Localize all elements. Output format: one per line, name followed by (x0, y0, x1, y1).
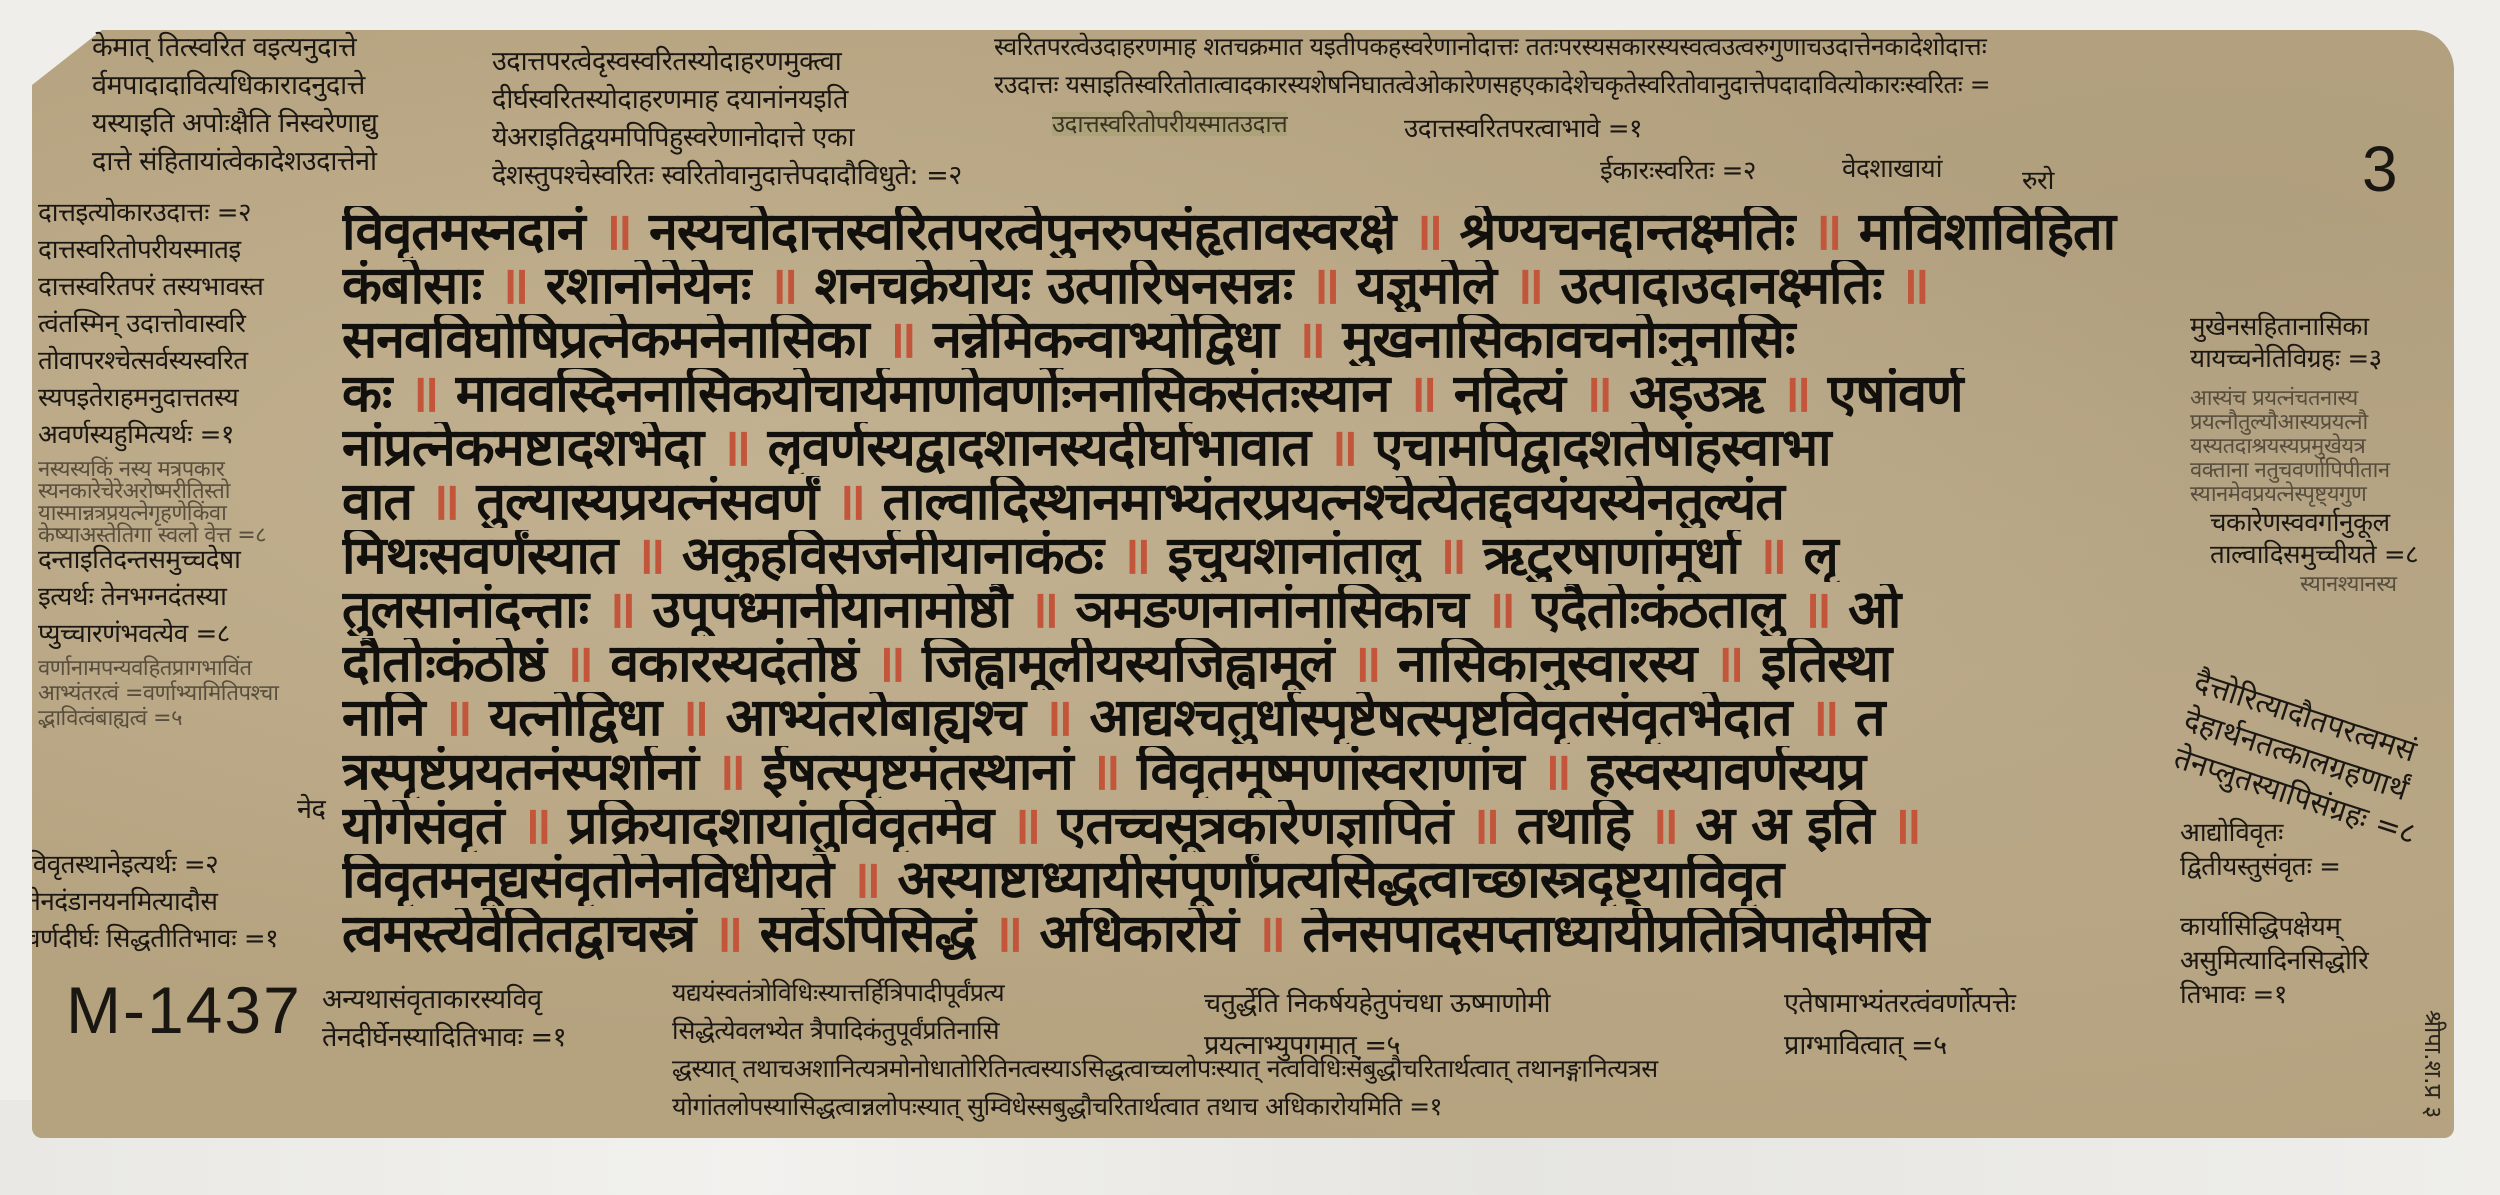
main-line: विवृतमस्नदानं ॥ नस्यचोदात्तस्वरितपरत्वेप… (342, 206, 2192, 258)
top-right-commentary: स्वरितपरत्वेउदाहरणमाह शतचक्रमात यइतीपकहस… (994, 34, 1990, 110)
rubric-double-danda: ॥ (563, 638, 593, 690)
bottom-commentary-3: चतुर्द्धेति निकर्षयहेतुपंचधा ऊष्माणोमी प… (1204, 990, 1550, 1074)
main-line: विवृतमनूद्यसंवृतोनेनविधीयते ॥ अस्याष्टाध… (342, 854, 2192, 906)
bottom-commentary-1: अन्यथासंवृताकारस्यविवृ तेनदीर्घेनस्यादित… (322, 986, 566, 1062)
rubric-double-danda: ॥ (1899, 260, 1929, 312)
rubric-double-danda: ॥ (1541, 746, 1571, 798)
rubric-double-danda: ॥ (442, 692, 472, 744)
main-line: कः ॥ माववस्दिननासिकयोचार्यमाणोवर्णोःननास… (342, 368, 2192, 420)
main-line: कंबोसाः ॥ रशानोनेयेनः ॥ शनचक्रेयोयः उत्प… (342, 260, 2192, 312)
rubric-double-danda: ॥ (1756, 530, 1786, 582)
rubric-double-danda: ॥ (1412, 206, 1442, 258)
rubric-double-danda: ॥ (1648, 800, 1678, 852)
main-line: सनवविघोषिप्रत्नेकमनेनासिका ॥ नन्नेमिकन्व… (342, 314, 2192, 366)
rubric-double-danda: ॥ (429, 476, 459, 528)
rubric-double-danda: ॥ (712, 908, 742, 960)
manuscript-folio: केमात् तित्स्वरित वइत्यनुदात्ते र्वमपादा… (32, 30, 2454, 1138)
main-line: नानि ॥ यत्नोद्विधा ॥ आभ्यंतरोबाह्यश्च ॥ … (342, 692, 2192, 744)
rubric-double-danda: ॥ (1351, 638, 1381, 690)
page-number: 3 (2362, 132, 2398, 206)
main-line: त्रस्पृष्टंप्रयतनंस्पर्शानां ॥ ईषत्स्पृष… (342, 746, 2192, 798)
rubric-double-danda: ॥ (1255, 908, 1285, 960)
left-margin-ned: नेद (297, 796, 325, 823)
rubric-double-danda: ॥ (1781, 368, 1811, 420)
rubric-double-danda: ॥ (886, 314, 916, 366)
bottom-commentary-4: एतेषामाभ्यंतरत्वंवर्णोत्पत्तेः प्राग्भाव… (1784, 990, 2016, 1074)
rubric-double-danda: ॥ (521, 800, 551, 852)
rubric-double-danda: ॥ (1028, 584, 1058, 636)
rubric-double-danda: ॥ (1714, 638, 1744, 690)
rubric-double-danda: ॥ (1407, 368, 1437, 420)
note-udatta-svarita: उदात्तस्वरितोपरीयस्मातउदात्त (1052, 112, 1287, 136)
rubric-double-danda: ॥ (1090, 746, 1120, 798)
shelf-mark: M-1437 (66, 972, 302, 1048)
note-ruro: रुरो (2022, 168, 2054, 194)
note-ikara-svarita: ईकारःस्वरितः =२ (1600, 158, 1756, 184)
rubric-double-danda: ॥ (992, 908, 1022, 960)
top-left-commentary: केमात् तित्स्वरित वइत्यनुदात्ते र्वमपादा… (92, 34, 377, 186)
main-line: मिथःसवर्णंस्यात ॥ अकुहविसर्जनीयानाकंठः ॥… (342, 530, 2192, 582)
rubric-double-danda: ॥ (1120, 530, 1150, 582)
rubric-double-danda: ॥ (1891, 800, 1921, 852)
main-line: नांप्रत्नेकमष्टादशभेदा ॥ लृवर्णस्यद्वादश… (342, 422, 2192, 474)
rubric-double-danda: ॥ (1485, 584, 1515, 636)
main-line: वात ॥ तुल्यास्यप्रयत्नंसवर्णं ॥ ताल्वादि… (342, 476, 2192, 528)
rubric-double-danda: ॥ (635, 530, 665, 582)
rubric-double-danda: ॥ (835, 476, 865, 528)
right-margin-commentary: मुखेनसहितानासिका यायच्चनेतिविग्रहः =३ आस… (2190, 314, 2418, 598)
right-edge-vertical-annotation: श्रीपा.श.प्र ३ (2417, 1010, 2450, 1118)
rubric-double-danda: ॥ (1042, 692, 1072, 744)
rubric-double-danda: ॥ (720, 422, 750, 474)
top-middle-commentary: उदात्तपरत्वेदृस्वस्वरितस्योदाहरणमुक्त्वा… (492, 48, 962, 200)
rubric-double-danda: ॥ (1811, 206, 1841, 258)
rubric-double-danda: ॥ (1801, 584, 1831, 636)
rubric-double-danda: ॥ (875, 638, 905, 690)
note-udatta-svarita-paratva: उदात्तस्वरितपरत्वाभावे =१ (1404, 116, 1642, 142)
right-margin-lower: आद्योविवृतः द्वितीयस्तुसंवृतः = कार्यासि… (2180, 820, 2368, 1016)
rubric-double-danda: ॥ (605, 584, 635, 636)
rubric-double-danda: ॥ (1582, 368, 1612, 420)
left-margin-commentary: दात्तइत्योकारउदात्तः =२ दात्तस्वरितोपरीय… (38, 200, 278, 733)
rubric-double-danda: ॥ (1436, 530, 1466, 582)
rubric-double-danda: ॥ (1809, 692, 1839, 744)
rubric-double-danda: ॥ (1309, 260, 1339, 312)
rubric-double-danda: ॥ (1327, 422, 1357, 474)
main-line: त्वमस्त्येवेतितद्वाचस्त्रं ॥ सर्वेऽपिसिद… (342, 908, 2192, 960)
rubric-double-danda: ॥ (768, 260, 798, 312)
main-line: दौतोःकंठोष्ठं ॥ वकारस्यदंतोष्ठं ॥ जिह्वा… (342, 638, 2192, 690)
rubric-double-danda: ॥ (1513, 260, 1543, 312)
rubric-double-danda: ॥ (409, 368, 439, 420)
rubric-double-danda: ॥ (1295, 314, 1325, 366)
rubric-double-danda: ॥ (602, 206, 632, 258)
rubric-double-danda: ॥ (498, 260, 528, 312)
rubric-double-danda: ॥ (678, 692, 708, 744)
rubric-double-danda: ॥ (715, 746, 745, 798)
main-line: तुलसानांदन्ताः ॥ उपूपध्मानीयानामोष्ठौ ॥ … (342, 584, 2192, 636)
rubric-double-danda: ॥ (1010, 800, 1040, 852)
left-margin-lower-commentary: विवृतस्थानेइत्यर्थः =२ तेनदंडानयनमित्याद… (32, 852, 278, 963)
rubric-double-danda: ॥ (850, 854, 880, 906)
note-vedashakhayam: वेदशाखायां (1842, 156, 1942, 182)
main-line: योगेसंवृतं ॥ प्रक्रियादशायांतुविवृतमेव ॥… (342, 800, 2192, 852)
rubric-double-danda: ॥ (1469, 800, 1499, 852)
